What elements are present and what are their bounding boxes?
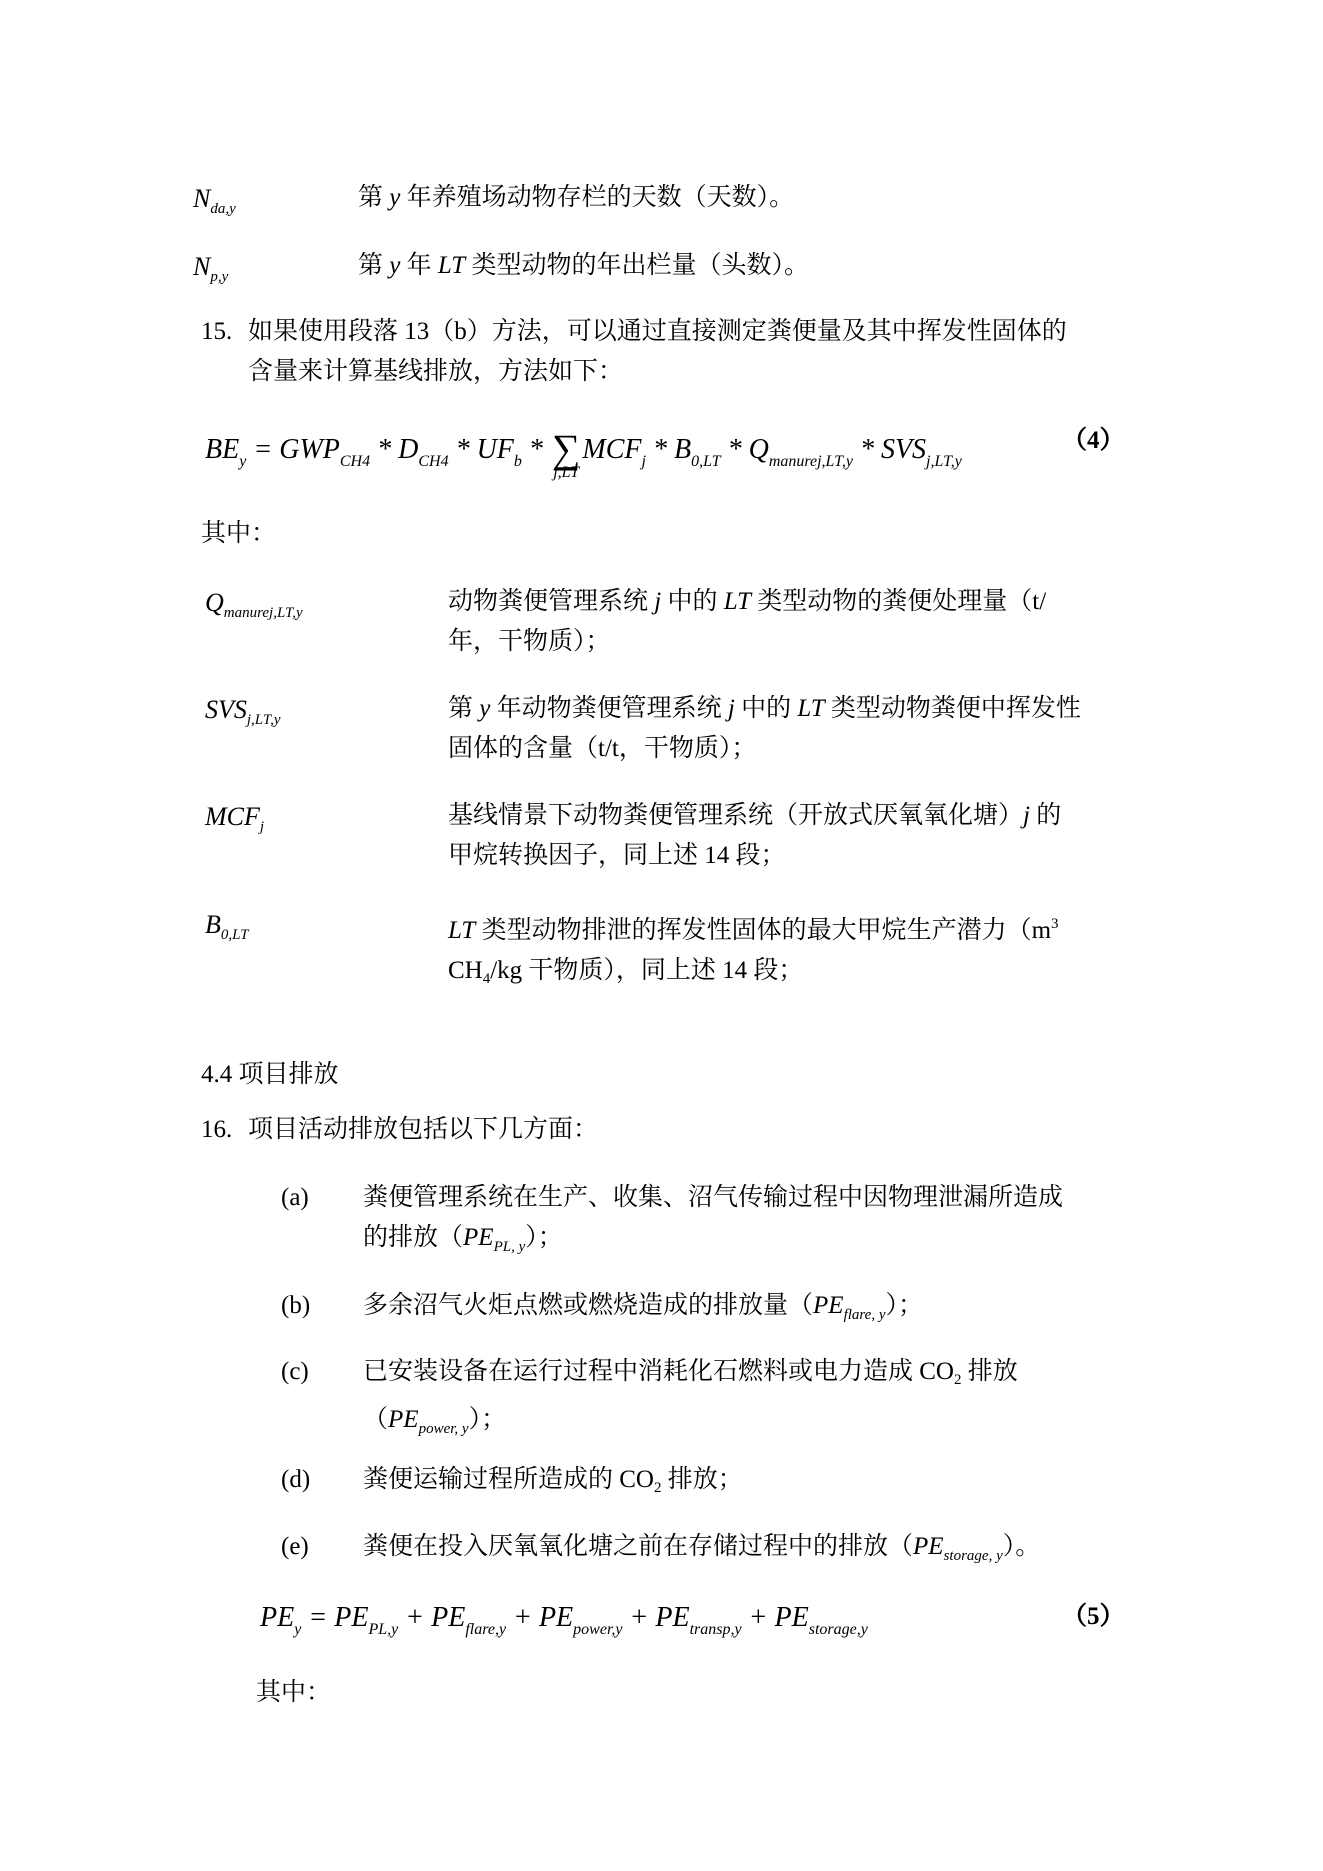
item-c-text: 已安装设备在运行过程中消耗化石燃料或电力造成 CO2 排放 （PEpower, … xyxy=(363,1352,1018,1449)
paragraph-16-number: 16. xyxy=(201,1110,232,1150)
symbol-n-p-y: Np,y xyxy=(193,254,228,285)
item-b-text: 多余沼气火炬点燃或燃烧造成的排放量（PEflare, y）； xyxy=(363,1286,923,1335)
definition-q-manure: 动物粪便管理系统 j 中的 LT 类型动物的粪便处理量（t/ 年，干物质）； xyxy=(448,582,1046,662)
paragraph-16-text: 项目活动排放包括以下几方面： xyxy=(248,1110,598,1150)
where-label-1: 其中： xyxy=(201,514,276,554)
definition-n-da-y: 第 y 年养殖场动物存栏的天数（天数）。 xyxy=(358,178,794,218)
item-d-label: (d) xyxy=(281,1460,310,1500)
symbol-b0: B0,LT xyxy=(205,912,249,943)
definition-n-p-y: 第 y 年 LT 类型动物的年出栏量（头数）。 xyxy=(358,246,809,286)
item-a-text: 粪便管理系统在生产、收集、沼气传输过程中因物理泄漏所造成 的排放（PEPL, y… xyxy=(363,1178,1063,1267)
where-label-2: 其中： xyxy=(256,1673,331,1713)
definition-mcf: 基线情景下动物粪便管理系统（开放式厌氧氧化塘）j 的 甲烷转换因子，同上述 14… xyxy=(448,796,1061,876)
paragraph-15-number: 15. xyxy=(201,312,232,352)
item-b-label: (b) xyxy=(281,1286,310,1326)
symbol-svs: SVSj,LT,y xyxy=(205,697,281,728)
summation: ∑j,LT xyxy=(552,425,581,465)
definition-b0: LT 类型动物排泄的挥发性固体的最大甲烷生产潜力（m3 CH4/kg 干物质），… xyxy=(448,904,1059,999)
equation-5: PEy = PEPL,y + PEflare,y + PEpower,y + P… xyxy=(260,1604,868,1638)
paragraph-15-line2: 含量来计算基线排放，方法如下： xyxy=(248,352,623,392)
item-d-text: 粪便运输过程所造成的 CO2 排放； xyxy=(363,1460,743,1508)
equation-4: BEy = GWPCH4 * DCH4 * UFb * ∑j,LTMCFj * … xyxy=(205,425,962,470)
symbol-n-da-y: Nda,y xyxy=(193,186,236,217)
item-a-label: (a) xyxy=(281,1178,309,1218)
equation-4-number: （4） xyxy=(1062,428,1125,453)
item-c-label: (c) xyxy=(281,1352,309,1392)
symbol-q-manure: Qmanurej,LT,y xyxy=(205,590,303,621)
paragraph-15-line1: 如果使用段落 13（b）方法，可以通过直接测定粪便量及其中挥发性固体的 xyxy=(248,312,1067,352)
section-heading: 4.4 项目排放 xyxy=(201,1055,339,1095)
item-e-label: (e) xyxy=(281,1527,309,1567)
equation-5-number: （5） xyxy=(1062,1604,1125,1629)
symbol-mcf: MCFj xyxy=(205,804,264,835)
item-e-text: 粪便在投入厌氧氧化塘之前在存储过程中的排放（PEstorage, y）。 xyxy=(363,1527,1040,1576)
definition-svs: 第 y 年动物粪便管理系统 j 中的 LT 类型动物粪便中挥发性 固体的含量（t… xyxy=(448,689,1081,769)
